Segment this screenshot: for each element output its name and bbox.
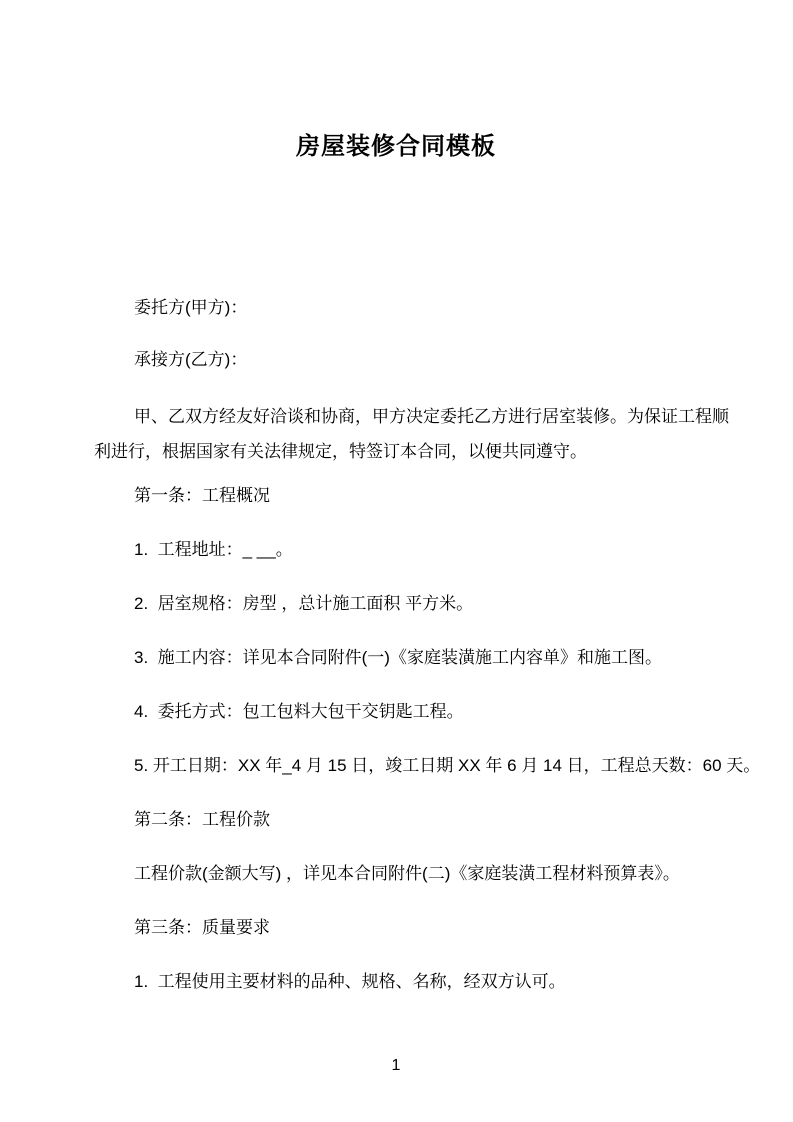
section-1-item-2: 2. 居室规格：房型 ，总计施工面积 平方米。 [94,591,698,617]
page-number: 1 [94,1053,698,1079]
party-b-line: 承接方(乙方)： [94,347,698,373]
intro-paragraph-line-2: 利进行，根据国家有关法律规定，特签订本合同，以便共同遵守。 [94,434,698,469]
document-title: 房屋装修合同模板 [94,130,698,164]
contract-document-page: 房屋装修合同模板 委托方(甲方)： 承接方(乙方)： 甲、乙双方经友好洽谈和协商… [0,0,793,1122]
section-2-heading: 第二条：工程价款 [94,807,698,833]
intro-paragraph-line-1: 甲、乙双方经友好洽谈和协商，甲方决定委托乙方进行居室装修。为保证工程顺 [94,399,698,434]
section-3-item-1: 1. 工程使用主要材料的品种、规格、名称，经双方认可。 [94,969,698,995]
section-1-item-5: 5. 开工日期：XX 年_4 月 15 日，竣工日期 XX 年 6 月 14 日… [94,753,698,779]
section-2-price-line: 工程价款(金额大写) ，详见本合同附件(二)《家庭装潢工程材料预算表》。 [94,861,698,887]
section-1-heading: 第一条：工程概况 [94,483,698,509]
section-3-heading: 第三条：质量要求 [94,915,698,941]
section-1-item-1: 1. 工程地址：_ __。 [94,537,698,563]
section-1-item-3: 3. 施工内容：详见本合同附件(一)《家庭装潢施工内容单》和施工图。 [94,645,698,671]
party-a-line: 委托方(甲方)： [94,295,698,321]
section-1-item-4: 4. 委托方式：包工包料大包干交钥匙工程。 [94,699,698,725]
